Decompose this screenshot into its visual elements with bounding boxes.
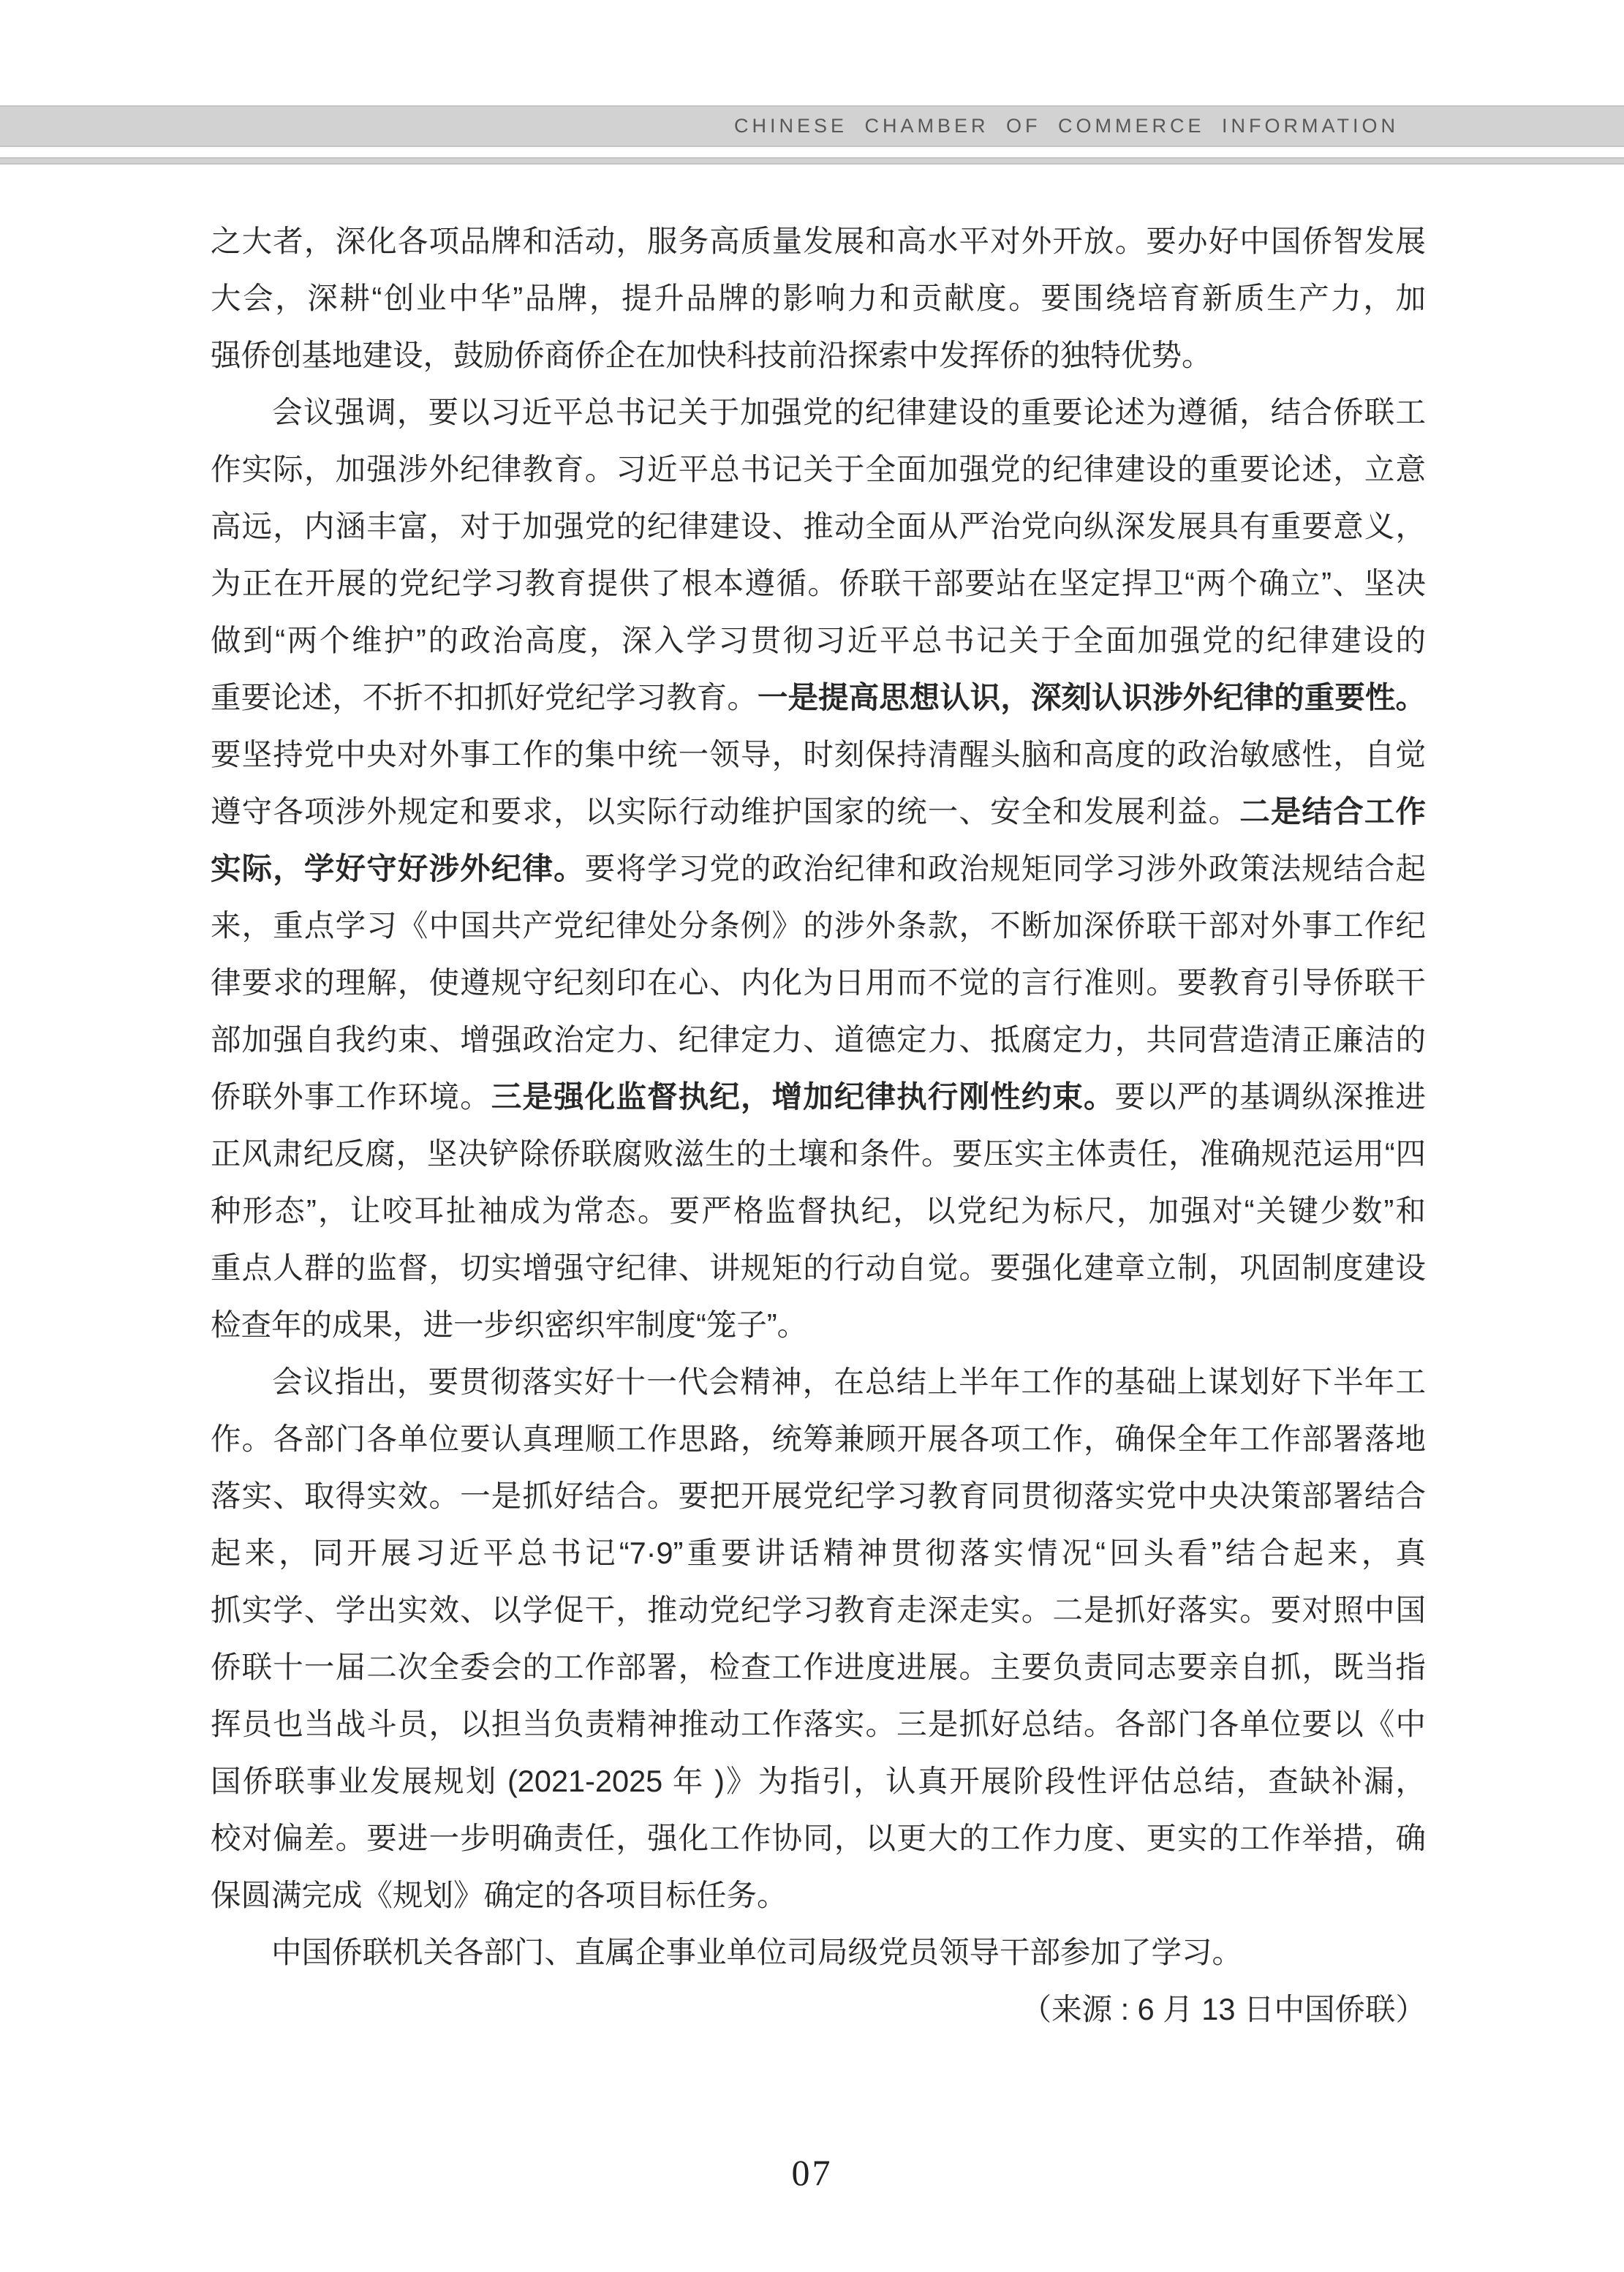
body-text: 律要求的理解，使遵规守纪刻印在心、内化为日用而不觉的言行准则。要教育引导侨联干	[211, 965, 1426, 1000]
body-line: 部加强自我约束、增强政治定力、纪律定力、道德定力、抵腐定力，共同营造清正廉洁的	[211, 1011, 1426, 1068]
body-text: 保圆满完成《规划》确定的各项目标任务。	[211, 1878, 788, 1912]
body-text: 挥员也当战斗员，以担当负责精神推动工作落实。三是抓好总结。各部门各单位要以《中	[211, 1707, 1426, 1741]
body-line: 检查年的成果，进一步织密织牢制度“笼子”。	[211, 1297, 1426, 1354]
body-line: 种形态”，让咬耳扯袖成为常态。要严格监督执纪，以党纪为标尺，加强对“关键少数”和	[211, 1182, 1426, 1239]
body-line: 做到“两个维护”的政治高度，深入学习贯彻习近平总书记关于全面加强党的纪律建设的	[211, 612, 1426, 669]
body-line: 抓实学、学出实效、以学促干，推动党纪学习教育走深走实。二是抓好落实。要对照中国	[211, 1582, 1426, 1639]
body-line: 之大者，深化各项品牌和活动，服务高质量发展和高水平对外开放。要办好中国侨智发展	[211, 213, 1426, 270]
body-line: 会议指出，要贯彻落实好十一代会精神，在总结上半年工作的基础上谋划好下半年工	[211, 1354, 1426, 1411]
body-text: 会议强调，要以习近平总书记关于加强党的纪律建设的重要论述为遵循，结合侨联工	[271, 395, 1426, 429]
body-line: 重要论述，不折不扣抓好党纪学习教育。一是提高思想认识，深刻认识涉外纪律的重要性。	[211, 669, 1426, 726]
header-rule-band	[0, 157, 1624, 165]
body-text: 要以严的基调纵深推进	[1115, 1079, 1426, 1114]
body-line: 强侨创基地建设，鼓励侨商侨企在加快科技前沿探索中发挥侨的独特优势。	[211, 327, 1426, 384]
body-text: 要坚持党中央对外事工作的集中统一领导，时刻保持清醒头脑和高度的政治敏感性，自觉	[211, 737, 1426, 771]
body-line: 起来，同开展习近平总书记“7·9”重要讲话精神贯彻落实情况“回头看”结合起来，真	[211, 1525, 1426, 1582]
header-band: CHINESE CHAMBER OF COMMERCE INFORMATION	[0, 105, 1624, 147]
body-text-bold: 三是强化监督执纪，增加纪律执行刚性约束。	[491, 1079, 1115, 1114]
body-text: 作。各部门各单位要认真理顺工作思路，统筹兼顾开展各项工作，确保全年工作部署落地	[211, 1422, 1426, 1456]
body-text: 之大者，深化各项品牌和活动，服务高质量发展和高水平对外开放。要办好中国侨智发展	[211, 224, 1426, 258]
body-text: 遵守各项涉外规定和要求，以实际行动维护国家的统一、安全和发展利益。	[211, 794, 1239, 829]
body-text: 落实、取得实效。一是抓好结合。要把开展党纪学习教育同贯彻落实党中央决策部署结合	[211, 1479, 1426, 1513]
body-text: 部加强自我约束、增强政治定力、纪律定力、道德定力、抵腐定力，共同营造清正廉洁的	[211, 1022, 1426, 1057]
body-line: 律要求的理解，使遵规守纪刻印在心、内化为日用而不觉的言行准则。要教育引导侨联干	[211, 954, 1426, 1011]
body-line: 中国侨联机关各部门、直属企事业单位司局级党员领导干部参加了学习。	[211, 1924, 1426, 1981]
body-line: （来源 : 6 月 13 日中国侨联）	[211, 1981, 1426, 2038]
body-text: 做到“两个维护”的政治高度，深入学习贯彻习近平总书记关于全面加强党的纪律建设的	[211, 623, 1426, 657]
body-line: 为正在开展的党纪学习教育提供了根本遵循。侨联干部要站在坚定捍卫“两个确立”、坚决	[211, 555, 1426, 612]
body-line: 作。各部门各单位要认真理顺工作思路，统筹兼顾开展各项工作，确保全年工作部署落地	[211, 1411, 1426, 1468]
body-line: 高远，内涵丰富，对于加强党的纪律建设、推动全面从严治党向纵深发展具有重要意义，	[211, 498, 1426, 555]
article-body: 之大者，深化各项品牌和活动，服务高质量发展和高水平对外开放。要办好中国侨智发展大…	[211, 213, 1426, 2038]
body-line: 实际，学好守好涉外纪律。要将学习党的政治纪律和政治规矩同学习涉外政策法规结合起	[211, 840, 1426, 897]
body-text: 国侨联事业发展规划 (2021-2025 年 )》为指引，认真开展阶段性评估总结…	[211, 1764, 1426, 1798]
body-line: 保圆满完成《规划》确定的各项目标任务。	[211, 1867, 1426, 1924]
body-text: 侨联十一届二次全委会的工作部署，检查工作进度进展。主要负责同志要亲自抓，既当指	[211, 1650, 1426, 1684]
body-line: 重点人群的监督，切实增强守纪律、讲规矩的行动自觉。要强化建章立制，巩固制度建设	[211, 1239, 1426, 1297]
body-line: 要坚持党中央对外事工作的集中统一领导，时刻保持清醒头脑和高度的政治敏感性，自觉	[211, 726, 1426, 783]
body-text: 强侨创基地建设，鼓励侨商侨企在加快科技前沿探索中发挥侨的独特优势。	[211, 338, 1212, 372]
body-text: 大会，深耕“创业中华”品牌，提升品牌的影响力和贡献度。要围绕培育新质生产力，加	[211, 281, 1426, 315]
body-text: 中国侨联机关各部门、直属企事业单位司局级党员领导干部参加了学习。	[271, 1935, 1242, 1969]
body-text: 侨联外事工作环境。	[211, 1079, 491, 1114]
body-text: 作实际，加强涉外纪律教育。习近平总书记关于全面加强党的纪律建设的重要论述，立意	[211, 452, 1426, 486]
body-text: （来源 : 6 月 13 日中国侨联）	[1021, 1992, 1426, 2026]
body-text: 校对偏差。要进一步明确责任，强化工作协同，以更大的工作力度、更实的工作举措，确	[211, 1821, 1426, 1855]
body-text-bold: 二是结合工作	[1239, 794, 1426, 829]
body-text: 起来，同开展习近平总书记“7·9”重要讲话精神贯彻落实情况“回头看”结合起来，真	[211, 1536, 1426, 1570]
body-text: 种形态”，让咬耳扯袖成为常态。要严格监督执纪，以党纪为标尺，加强对“关键少数”和	[211, 1193, 1426, 1228]
body-text: 会议指出，要贯彻落实好十一代会精神，在总结上半年工作的基础上谋划好下半年工	[271, 1365, 1426, 1399]
body-text: 重点人群的监督，切实增强守纪律、讲规矩的行动自觉。要强化建章立制，巩固制度建设	[211, 1250, 1426, 1285]
body-line: 侨联十一届二次全委会的工作部署，检查工作进度进展。主要负责同志要亲自抓，既当指	[211, 1639, 1426, 1696]
document-page: CHINESE CHAMBER OF COMMERCE INFORMATION …	[0, 0, 1624, 2272]
body-text: 正风肃纪反腐，坚决铲除侨联腐败滋生的土壤和条件。要压实主体责任，准确规范运用“四	[211, 1136, 1426, 1171]
body-text-bold: 一是提高思想认识，深刻认识涉外纪律的重要性。	[758, 680, 1426, 714]
body-line: 侨联外事工作环境。三是强化监督执纪，增加纪律执行刚性约束。要以严的基调纵深推进	[211, 1068, 1426, 1125]
header-banner-text: CHINESE CHAMBER OF COMMERCE INFORMATION	[734, 107, 1399, 146]
body-line: 会议强调，要以习近平总书记关于加强党的纪律建设的重要论述为遵循，结合侨联工	[211, 384, 1426, 441]
body-line: 遵守各项涉外规定和要求，以实际行动维护国家的统一、安全和发展利益。二是结合工作	[211, 783, 1426, 840]
body-line: 来，重点学习《中国共产党纪律处分条例》的涉外条款，不断加深侨联干部对外事工作纪	[211, 897, 1426, 954]
body-line: 落实、取得实效。一是抓好结合。要把开展党纪学习教育同贯彻落实党中央决策部署结合	[211, 1468, 1426, 1525]
body-line: 大会，深耕“创业中华”品牌，提升品牌的影响力和贡献度。要围绕培育新质生产力，加	[211, 270, 1426, 327]
body-text: 来，重点学习《中国共产党纪律处分条例》的涉外条款，不断加深侨联干部对外事工作纪	[211, 908, 1426, 943]
body-line: 正风肃纪反腐，坚决铲除侨联腐败滋生的土壤和条件。要压实主体责任，准确规范运用“四	[211, 1125, 1426, 1182]
body-text: 要将学习党的政治纪律和政治规矩同学习涉外政策法规结合起	[585, 851, 1426, 886]
body-line: 国侨联事业发展规划 (2021-2025 年 )》为指引，认真开展阶段性评估总结…	[211, 1753, 1426, 1810]
body-text: 抓实学、学出实效、以学促干，推动党纪学习教育走深走实。二是抓好落实。要对照中国	[211, 1593, 1426, 1627]
body-text: 重要论述，不折不扣抓好党纪学习教育。	[211, 680, 758, 714]
body-text-bold: 实际，学好守好涉外纪律。	[211, 851, 585, 886]
body-line: 校对偏差。要进一步明确责任，强化工作协同，以更大的工作力度、更实的工作举措，确	[211, 1810, 1426, 1867]
body-line: 作实际，加强涉外纪律教育。习近平总书记关于全面加强党的纪律建设的重要论述，立意	[211, 441, 1426, 498]
body-line: 挥员也当战斗员，以担当负责精神推动工作落实。三是抓好总结。各部门各单位要以《中	[211, 1696, 1426, 1753]
page-number: 07	[0, 2151, 1624, 2194]
body-text: 为正在开展的党纪学习教育提供了根本遵循。侨联干部要站在坚定捍卫“两个确立”、坚决	[211, 566, 1426, 600]
body-text: 高远，内涵丰富，对于加强党的纪律建设、推动全面从严治党向纵深发展具有重要意义，	[211, 509, 1426, 543]
body-text: 检查年的成果，进一步织密织牢制度“笼子”。	[211, 1307, 807, 1342]
